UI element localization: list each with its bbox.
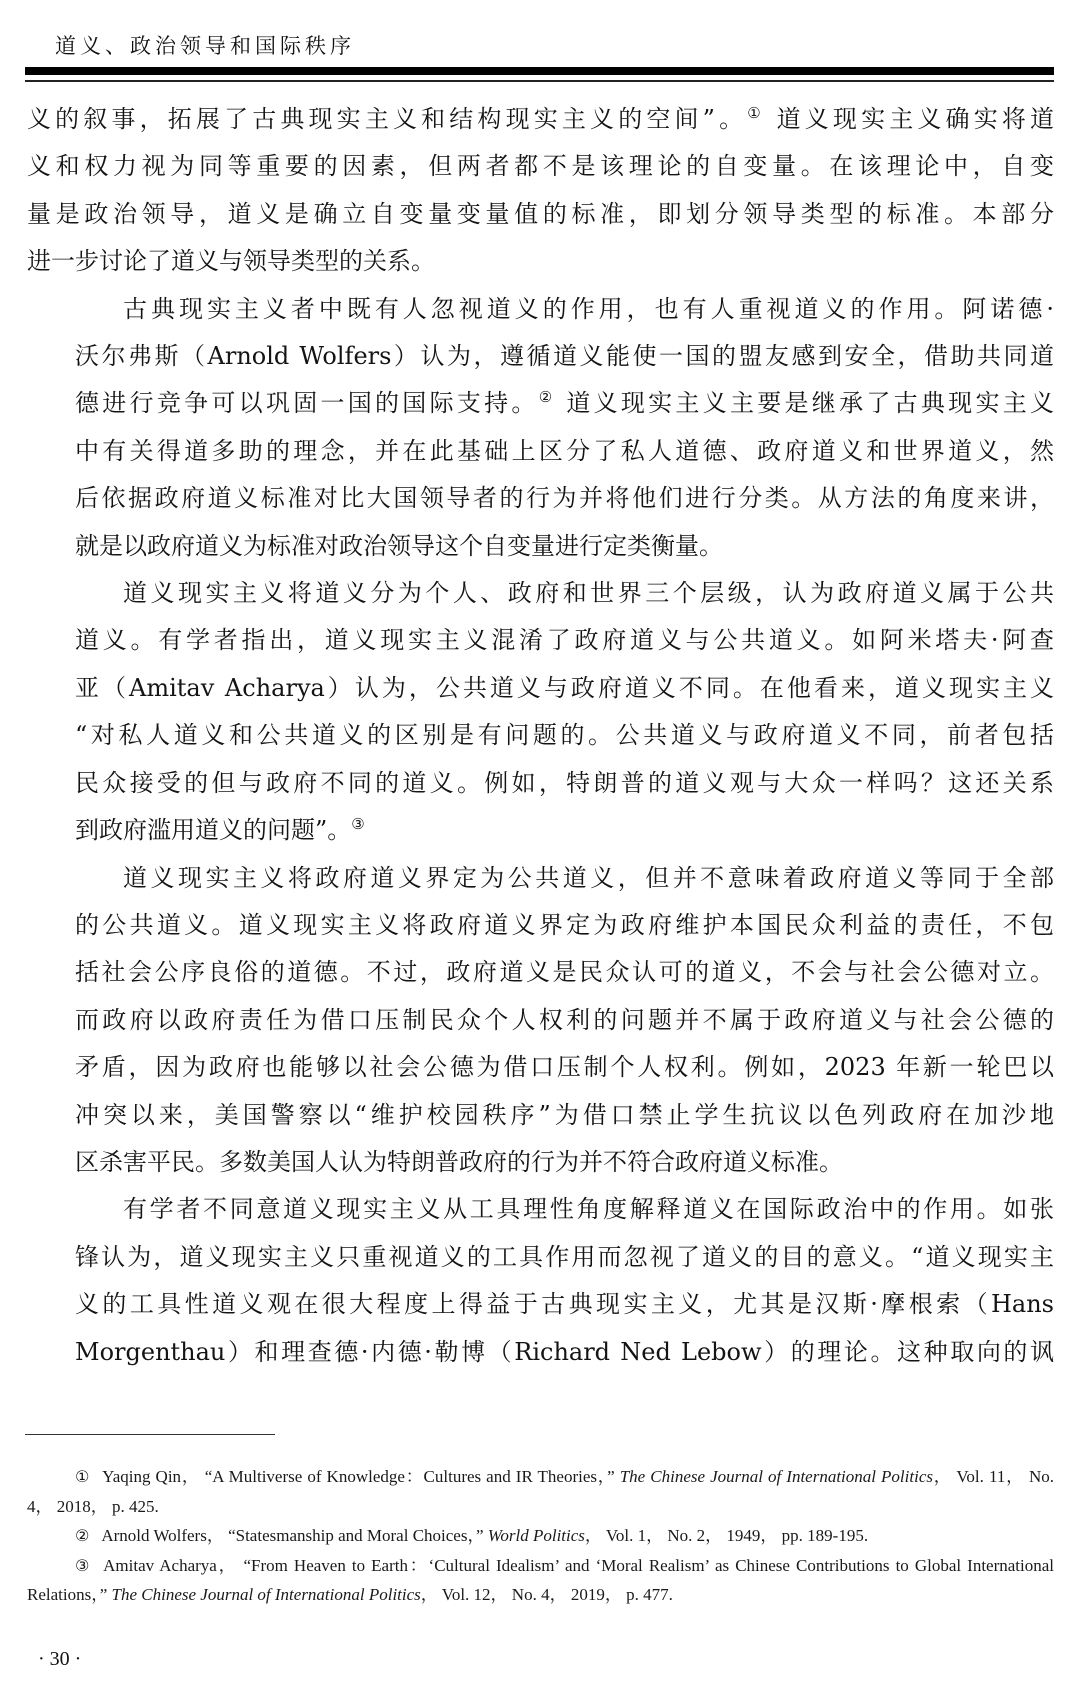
body-text: 义的叙事，拓展了古典现实主义和结构现实主义的空间”。① 道义现实主义确实将道 义… bbox=[27, 96, 1054, 1376]
footnote-text: ， Vol. 12， No. 4， 2019， p. 477. bbox=[421, 1585, 673, 1604]
text-line: 道义现实主义将道义分为个人、政府和世界三个层级，认为政府道义属于公共 bbox=[27, 570, 1054, 617]
text-line: 沃尔弗斯（Arnold Wolfers）认为，遵循道义能使一国的盟友感到安全，借… bbox=[27, 333, 1054, 380]
text-line: 而政府以政府责任为借口压制民众个人权利的问题并不属于政府道义与社会公德的 bbox=[27, 997, 1054, 1044]
footnote-text: Yaqing Qin， “A Multiverse of Knowledge：C… bbox=[102, 1467, 620, 1486]
line-text: 道义现实主义确实将道 bbox=[765, 105, 1054, 133]
text-line: 括社会公序良俗的道德。不过，政府道义是民众认可的道义，不会与社会公德对立。 bbox=[27, 949, 1054, 996]
text-line: 义和权力视为同等重要的因素，但两者都不是该理论的自变量。在该理论中，自变 bbox=[27, 143, 1054, 190]
running-header-title: 道义、政治领导和国际秩序 bbox=[55, 30, 355, 60]
header-rule-thin bbox=[25, 80, 1054, 82]
footnote-journal: World Politics bbox=[488, 1526, 585, 1545]
text-line: 亚（Amitav Acharya）认为，公共道义与政府道义不同。在他看来，道义现… bbox=[27, 665, 1054, 712]
footnote-number: ③ bbox=[75, 1556, 91, 1575]
line-text: 道义现实主义主要是继承了古典现实主义 bbox=[555, 389, 1054, 417]
footnote-number: ① bbox=[75, 1467, 90, 1486]
footnote-ref-3[interactable]: ③ bbox=[351, 815, 364, 833]
footnote-1: ①Yaqing Qin， “A Multiverse of Knowledge：… bbox=[27, 1462, 1054, 1521]
text-line: 到政府滥用道义的问题”。③ bbox=[27, 807, 1054, 854]
text-line: 区杀害平民。多数美国人认为特朗普政府的行为并不符合政府道义标准。 bbox=[27, 1139, 1054, 1186]
text-line: “对私人道义和公共道义的区别是有问题的。公共道义与政府道义不同，前者包括 bbox=[27, 712, 1054, 759]
text-line: 中有关得道多助的理念，并在此基础上区分了私人道德、政府道义和世界道义，然 bbox=[27, 428, 1054, 475]
text-line: 量是政治领导，道义是确立自变量变量值的标准，即划分领导类型的标准。本部分 bbox=[27, 191, 1054, 238]
text-line: 进一步讨论了道义与领导类型的关系。 bbox=[27, 238, 1054, 285]
text-line: 锋认为，道义现实主义只重视道义的工具作用而忽视了道义的目的意义。“道义现实主 bbox=[27, 1234, 1054, 1281]
text-line: 的公共道义。道义现实主义将政府道义界定为政府维护本国民众利益的责任，不包 bbox=[27, 902, 1054, 949]
footnotes: ①Yaqing Qin， “A Multiverse of Knowledge：… bbox=[27, 1462, 1054, 1610]
paragraph-4: 道义现实主义将政府道义界定为公共道义，但并不意味着政府道义等同于全部 的公共道义… bbox=[27, 855, 1054, 1187]
page-number: · 30 · bbox=[38, 1648, 81, 1671]
text-line: 道义。有学者指出，道义现实主义混淆了政府道义与公共道义。如阿米塔夫·阿查 bbox=[27, 617, 1054, 664]
text-line: 民众接受的但与政府不同的道义。例如，特朗普的道义观与大众一样吗？这还关系 bbox=[27, 760, 1054, 807]
footnote-2: ②Arnold Wolfers， “Statesmanship and Mora… bbox=[27, 1521, 1054, 1551]
footnote-journal: The Chinese Journal of International Pol… bbox=[620, 1467, 933, 1486]
paragraph-2: 古典现实主义者中既有人忽视道义的作用，也有人重视道义的作用。阿诺德· 沃尔弗斯（… bbox=[27, 286, 1054, 570]
text-line: 矛盾，因为政府也能够以社会公德为借口压制个人权利。例如，2023 年新一轮巴以 bbox=[27, 1044, 1054, 1091]
text-line: 德进行竞争可以巩固一国的国际支持。② 道义现实主义主要是继承了古典现实主义 bbox=[27, 380, 1054, 427]
footnote-ref-1[interactable]: ① bbox=[747, 104, 765, 122]
text-line: 义的工具性道义观在很大程度上得益于古典现实主义，尤其是汉斯·摩根索（Hans bbox=[27, 1281, 1054, 1328]
footnote-3: ③Amitav Acharya， “From Heaven to Earth：‘… bbox=[27, 1551, 1054, 1610]
line-text: 义的叙事，拓展了古典现实主义和结构现实主义的空间”。 bbox=[27, 105, 747, 133]
text-line: 就是以政府道义为标准对政治领导这个自变量进行定类衡量。 bbox=[27, 523, 1054, 570]
paragraph-3: 道义现实主义将道义分为个人、政府和世界三个层级，认为政府道义属于公共 道义。有学… bbox=[27, 570, 1054, 854]
paragraph-5: 有学者不同意道义现实主义从工具理性角度解释道义在国际政治中的作用。如张 锋认为，… bbox=[27, 1186, 1054, 1376]
footnote-journal: The Chinese Journal of International Pol… bbox=[112, 1585, 421, 1604]
line-text: 德进行竞争可以巩固一国的国际支持。 bbox=[75, 389, 539, 417]
text-line: 后依据政府道义标准对比大国领导者的行为并将他们进行分类。从方法的角度来讲， bbox=[27, 475, 1054, 522]
text-line: 道义现实主义将政府道义界定为公共道义，但并不意味着政府道义等同于全部 bbox=[27, 855, 1054, 902]
footnote-text: Arnold Wolfers， “Statesmanship and Moral… bbox=[101, 1526, 487, 1545]
footnote-text: ， Vol. 1， No. 2， 1949， pp. 189-195. bbox=[585, 1526, 868, 1545]
footnote-number: ② bbox=[75, 1526, 89, 1545]
line-text: 到政府滥用道义的问题”。 bbox=[75, 816, 351, 844]
header-rule-thick bbox=[25, 67, 1054, 75]
text-line: 有学者不同意道义现实主义从工具理性角度解释道义在国际政治中的作用。如张 bbox=[27, 1186, 1054, 1233]
footnote-ref-2[interactable]: ② bbox=[539, 388, 556, 406]
footnote-separator bbox=[25, 1434, 275, 1435]
paragraph-1: 义的叙事，拓展了古典现实主义和结构现实主义的空间”。① 道义现实主义确实将道 义… bbox=[27, 96, 1054, 286]
text-line: 冲突以来，美国警察以“维护校园秩序”为借口禁止学生抗议以色列政府在加沙地 bbox=[27, 1092, 1054, 1139]
text-line: Morgenthau）和理查德·内德·勒博（Richard Ned Lebow）… bbox=[27, 1329, 1054, 1376]
text-line: 义的叙事，拓展了古典现实主义和结构现实主义的空间”。① 道义现实主义确实将道 bbox=[27, 96, 1054, 143]
text-line: 古典现实主义者中既有人忽视道义的作用，也有人重视道义的作用。阿诺德· bbox=[27, 286, 1054, 333]
